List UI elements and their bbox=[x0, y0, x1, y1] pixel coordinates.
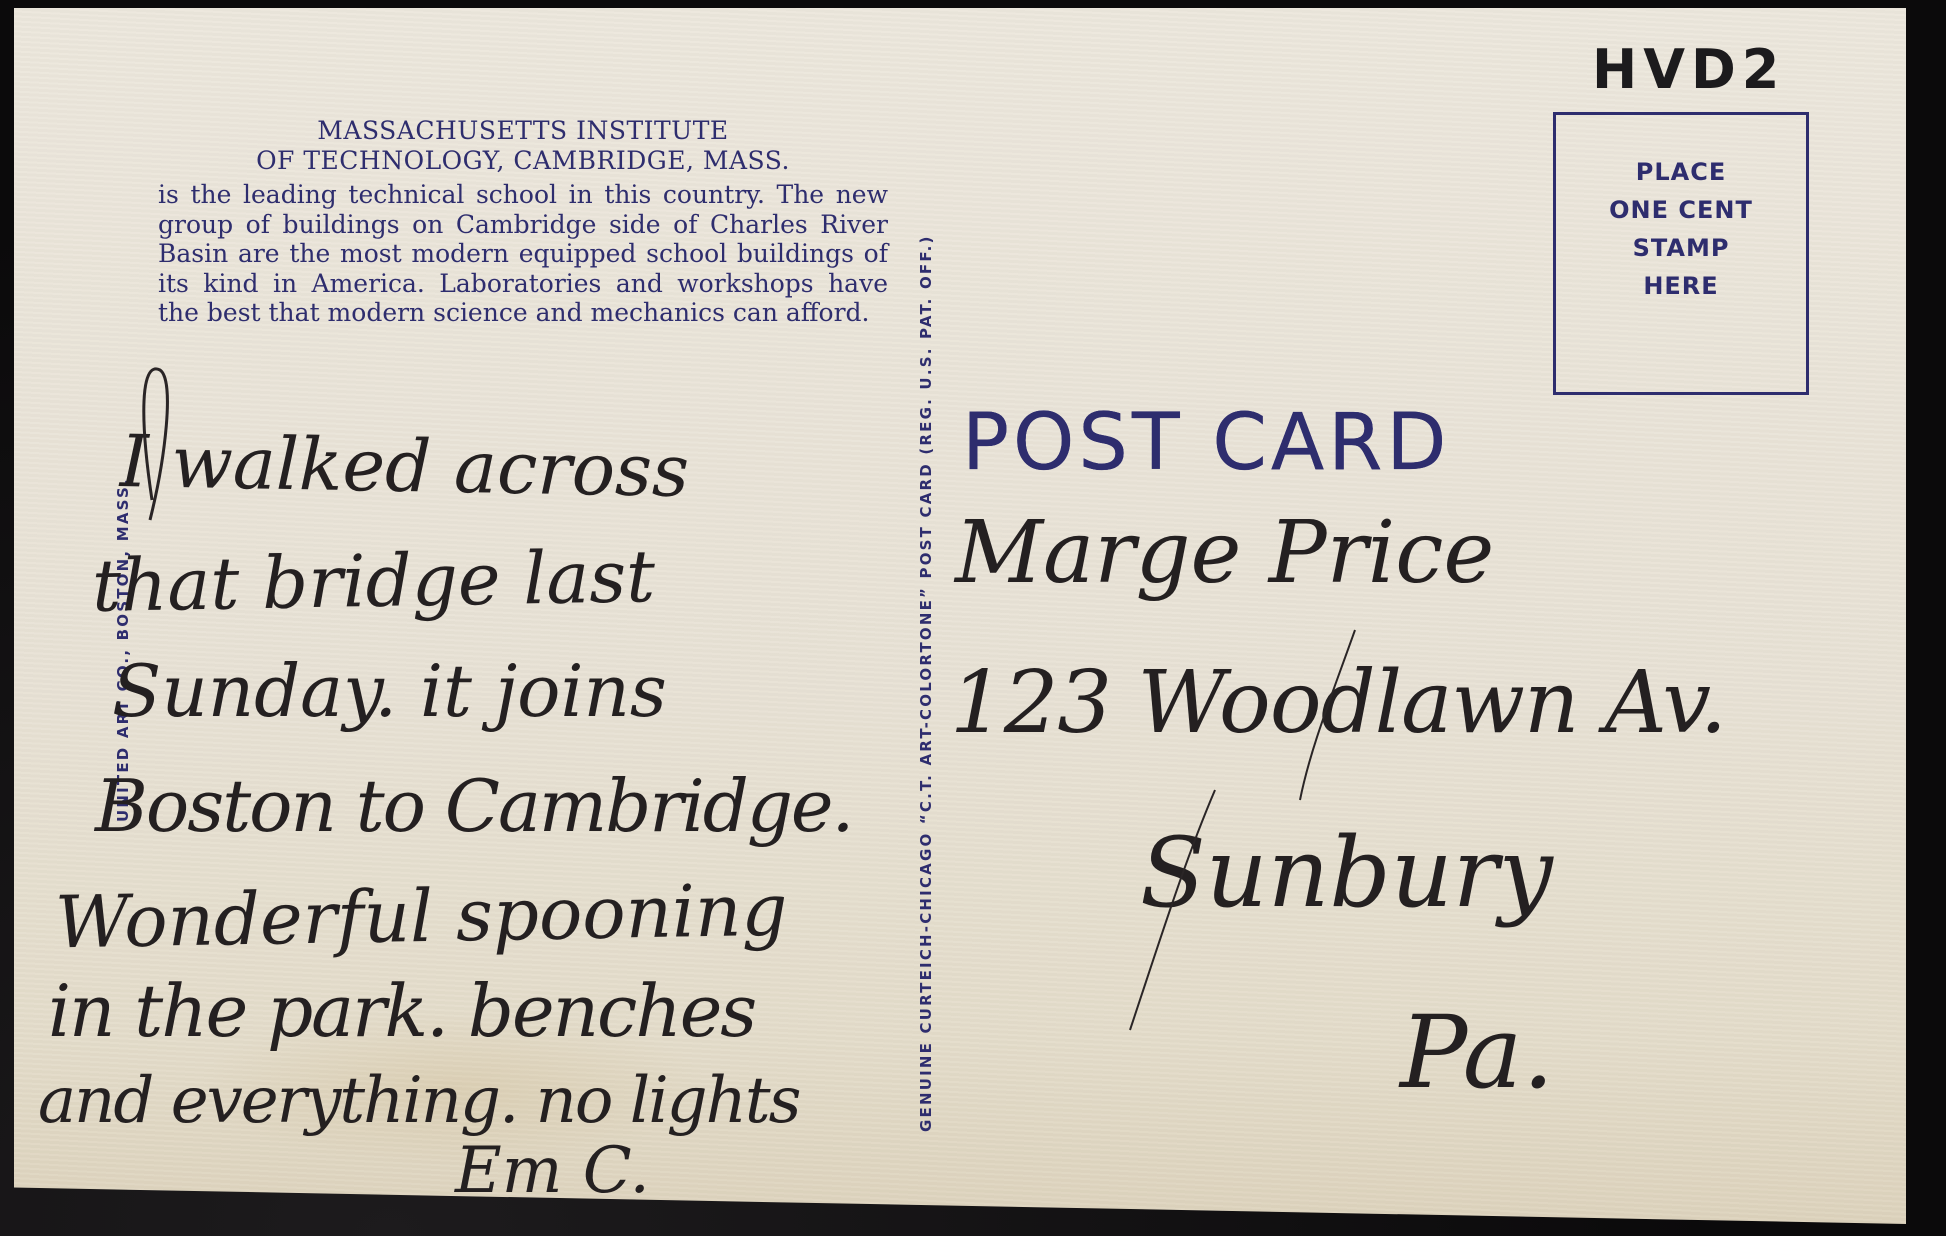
pen-flourish-strokes bbox=[0, 0, 1946, 1236]
